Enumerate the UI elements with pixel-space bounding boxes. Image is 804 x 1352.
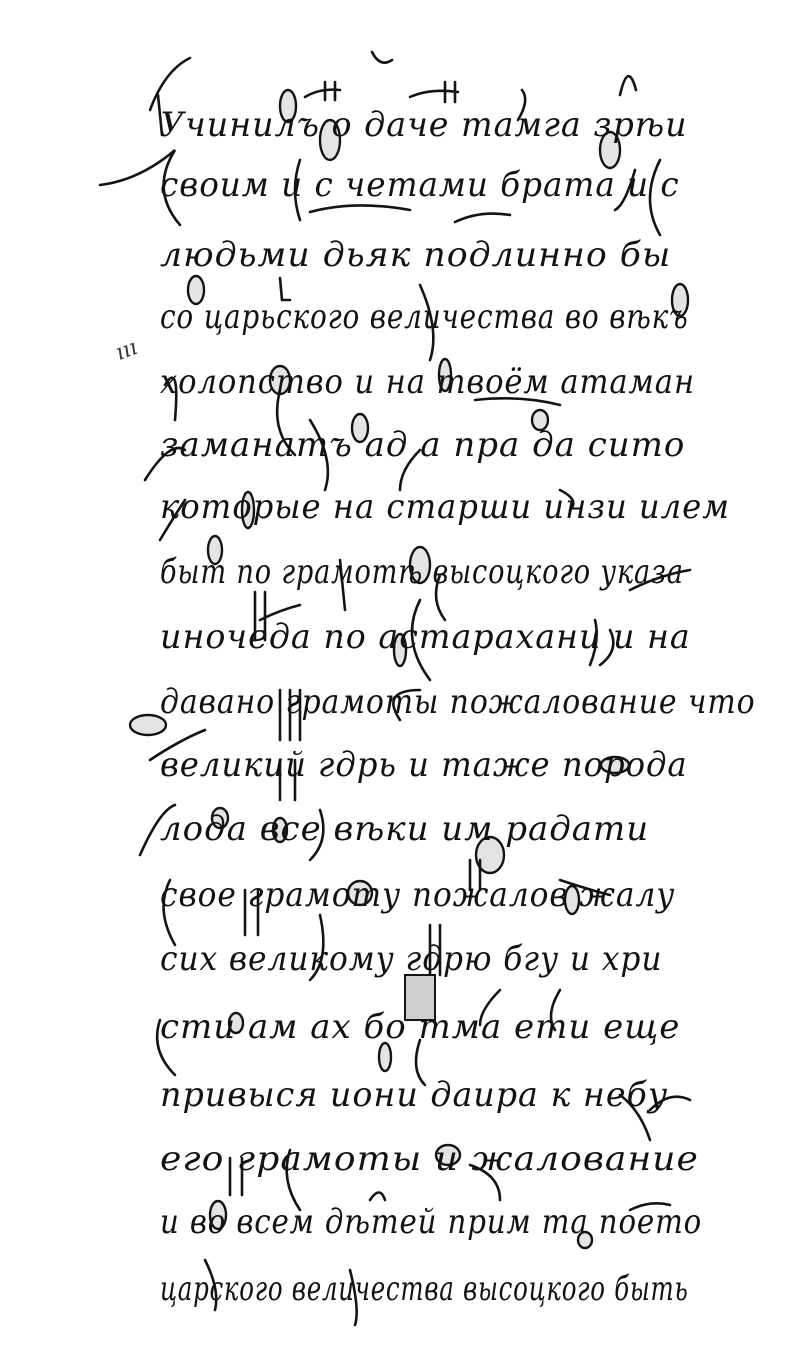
manuscript-line-6: заманатъ ад а пра да сито xyxy=(160,428,685,462)
manuscript-line-11: великий гдрь и таже порода xyxy=(160,748,688,782)
manuscript-line-16: привыся иони даира к небу xyxy=(160,1078,668,1112)
margin-note: ııı xyxy=(112,335,140,366)
manuscript-line-9: иночеда по астарахани и на xyxy=(160,620,691,654)
manuscript-line-2: своим и с четами брата и с xyxy=(160,168,680,202)
manuscript-line-12: лода все вѣки им радати xyxy=(160,812,649,846)
manuscript-line-14: сих великому гдрю бгу и хри xyxy=(160,942,662,976)
manuscript-line-15: сти ам ах бо тма ети еще xyxy=(160,1010,680,1044)
manuscript-line-13: свое грамоту пожалов жалу xyxy=(160,878,675,912)
manuscript-line-17: его грамоты и жалование xyxy=(160,1142,699,1176)
manuscript-line-8: быт по грамотѣ высоцкого указа xyxy=(160,555,684,589)
manuscript-line-1: Учинилъ о даче тамга зрѣи xyxy=(160,108,688,142)
manuscript-line-3: людьми дьяк подлинно бы xyxy=(160,238,671,272)
manuscript-line-18: и во всем дѣтей прим та поето xyxy=(160,1205,702,1239)
manuscript-line-5: холопство и на твоём атаман xyxy=(160,365,695,399)
manuscript-line-4: со царьского величества во вѣкъ xyxy=(160,300,689,334)
manuscript-page: ııı Учинилъ о даче тамга зрѣи своим и с … xyxy=(0,0,804,1352)
manuscript-line-7: которые на старши инзи илем xyxy=(160,490,730,524)
manuscript-line-10: давано грамоты пожалование что xyxy=(160,685,756,719)
manuscript-line-19: царского величества высоцкого быть xyxy=(160,1272,689,1306)
